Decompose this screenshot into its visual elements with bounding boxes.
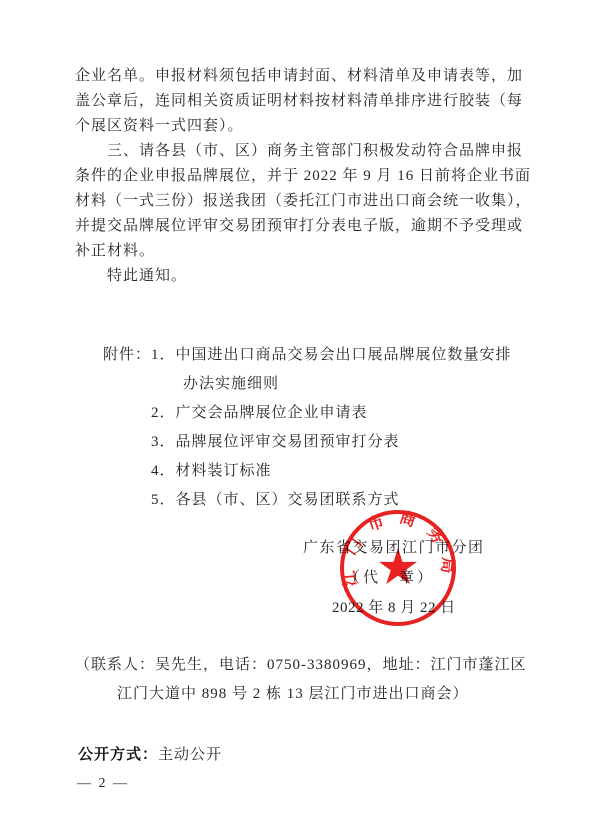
attachment-list: 附件：1．中国进出口商品交易会出口展品牌展位数量安排 办法实施细则 2．广交会品… [103, 341, 543, 515]
signature-note: （代 章） [345, 566, 435, 587]
attachment-line: 办法实施细则 [103, 370, 543, 399]
body-text-block: 企业名单。申报材料须包括申请封面、材料清单及申请表等，加盖公章后，连同相关资质证… [75, 64, 535, 289]
attachment-line: 2．广交会品牌展位企业申请表 [103, 399, 543, 428]
attachment-line: 4．材料装订标准 [103, 457, 543, 486]
attachment-line: 附件：1．中国进出口商品交易会出口展品牌展位数量安排 [103, 341, 543, 370]
contact-line-2: 江门大道中 898 号 2 栋 13 层江门市进出口商会） [117, 682, 469, 703]
body-text-line: 条件的企业申报品牌展位，并于 2022 年 9 月 16 日前将企业书面 [75, 164, 535, 189]
signature-date: 2022 年 8 月 22 日 [332, 596, 456, 617]
body-text-line: 盖公章后，连同相关资质证明材料按材料清单排序进行胶装（每 [75, 89, 535, 114]
disclosure-value: 主动公开 [158, 747, 222, 763]
contact-line-1: （联系人：吴先生，电话：0750-3380969，地址：江门市蓬江区 [75, 653, 527, 674]
signature-org: 广东省交易团江门市分团 [303, 536, 485, 557]
attachment-line: 5．各县（市、区）交易团联系方式 [103, 486, 543, 515]
body-text-line: 并提交品牌展位评审交易团预审打分表电子版，逾期不予受理或 [75, 214, 535, 239]
document-page: 企业名单。申报材料须包括申请封面、材料清单及申请表等，加盖公章后，连同相关资质证… [0, 0, 594, 834]
body-text-line: 个展区资料一式四套）。 [75, 114, 535, 139]
body-text-line: 特此通知。 [75, 264, 535, 289]
body-text-line: 材料（一式三份）报送我团（委托江门市进出口商会统一收集）， [75, 189, 535, 214]
disclosure-label: 公开方式： [78, 746, 158, 763]
attachment-line: 3．品牌展位评审交易团预审打分表 [103, 428, 543, 457]
body-text-line: 补正材料。 [75, 239, 535, 264]
body-text-line: 三、请各县（市、区）商务主管部门积极发动符合品牌申报 [75, 139, 535, 164]
disclosure-row: 公开方式：主动公开 [78, 743, 222, 764]
page-number: — 2 — [77, 776, 129, 792]
body-text-line: 企业名单。申报材料须包括申请封面、材料清单及申请表等，加 [75, 64, 535, 89]
